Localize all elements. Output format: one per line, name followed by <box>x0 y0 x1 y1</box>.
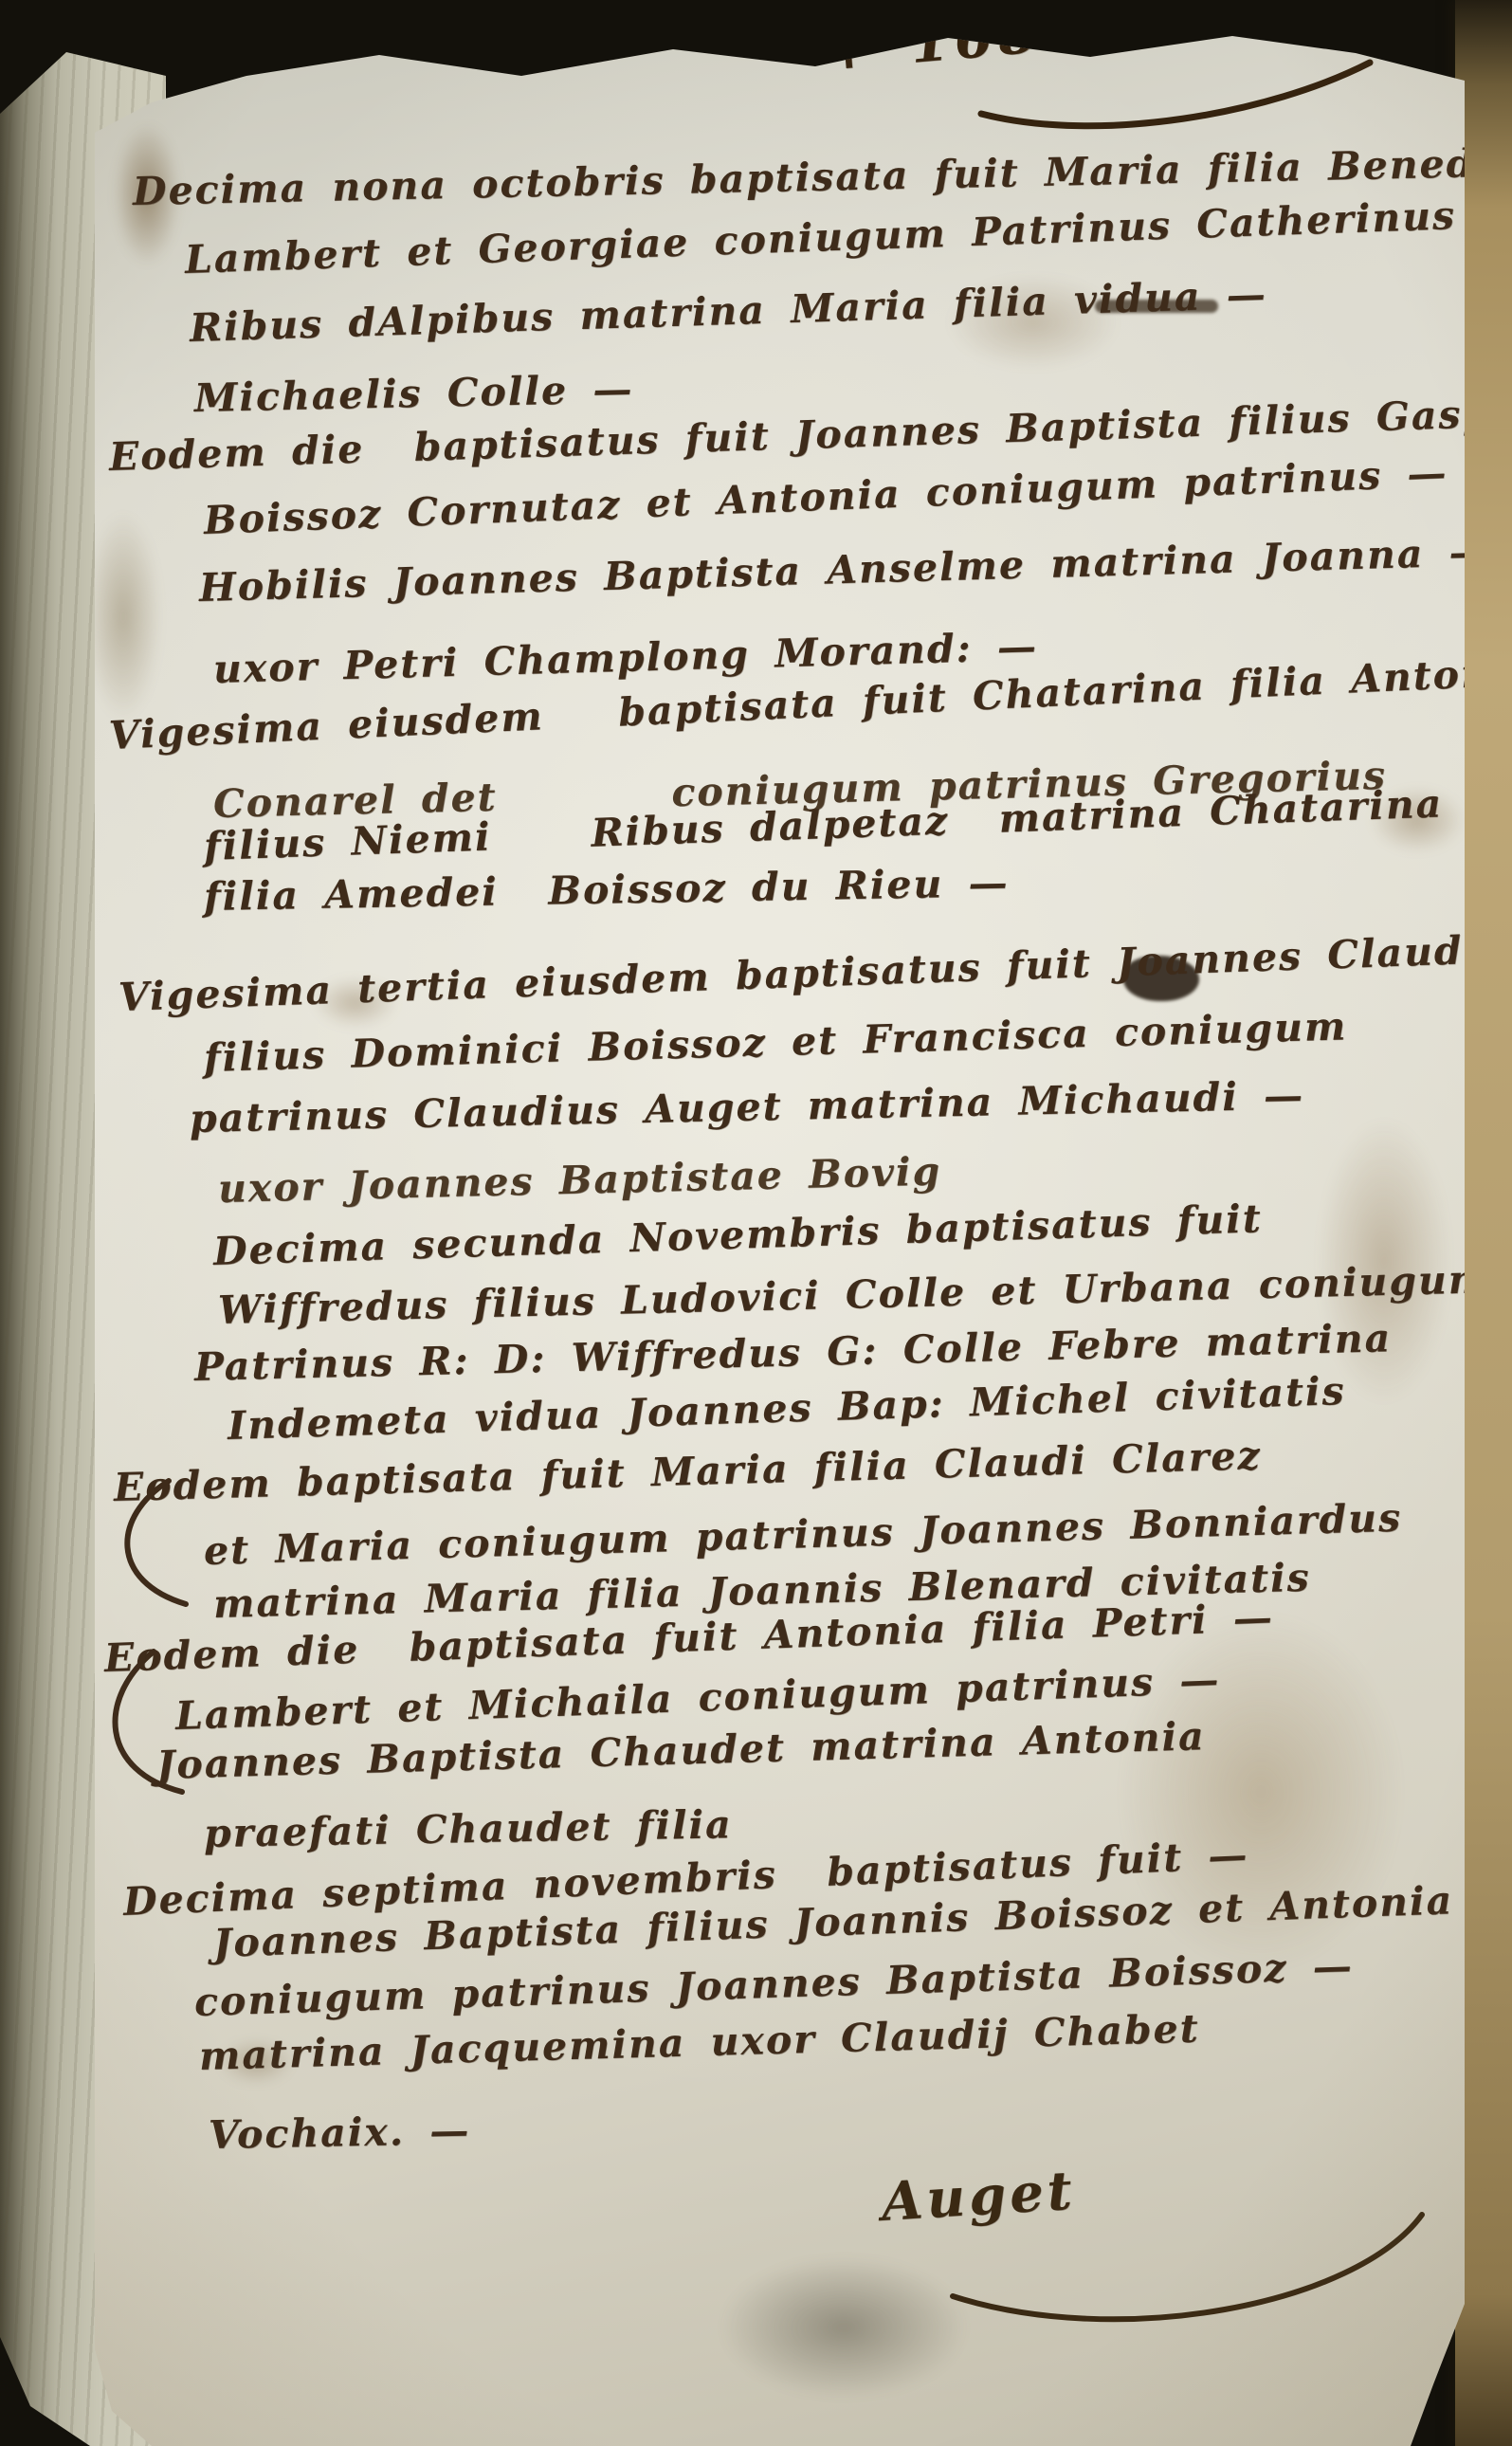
entry-line: uxor Joannes Baptistae Bovig <box>217 1148 941 1212</box>
entry-line: Michaelis Colle — <box>193 366 633 421</box>
entry-line: Hobilis Joannes Baptista Anselme matrina… <box>198 529 1490 611</box>
stain <box>85 512 161 721</box>
page-year-heading: + 1683 <box>822 0 1088 83</box>
priest-signature: Auget <box>880 2160 1077 2234</box>
entry-line: Ribus dAlpibus matrina Maria filia vidua… <box>189 271 1267 351</box>
stain <box>720 2256 967 2399</box>
entry-line: filia Amedei Boissoz du Rieu — <box>204 860 1010 920</box>
entry-line: praefati Chaudet filia <box>204 1801 733 1856</box>
manuscript-page: + 1683 Decima nona octobris baptisata fu… <box>95 0 1465 2446</box>
entry-line: Vochaix. — <box>209 2108 471 2158</box>
entry-line: patrinus Claudius Auget matrina Michaudi… <box>189 1072 1304 1141</box>
photo-background: + 1683 Decima nona octobris baptisata fu… <box>0 0 1512 2446</box>
entry-line: filius Dominici Boissoz et Francisca con… <box>203 1003 1348 1081</box>
